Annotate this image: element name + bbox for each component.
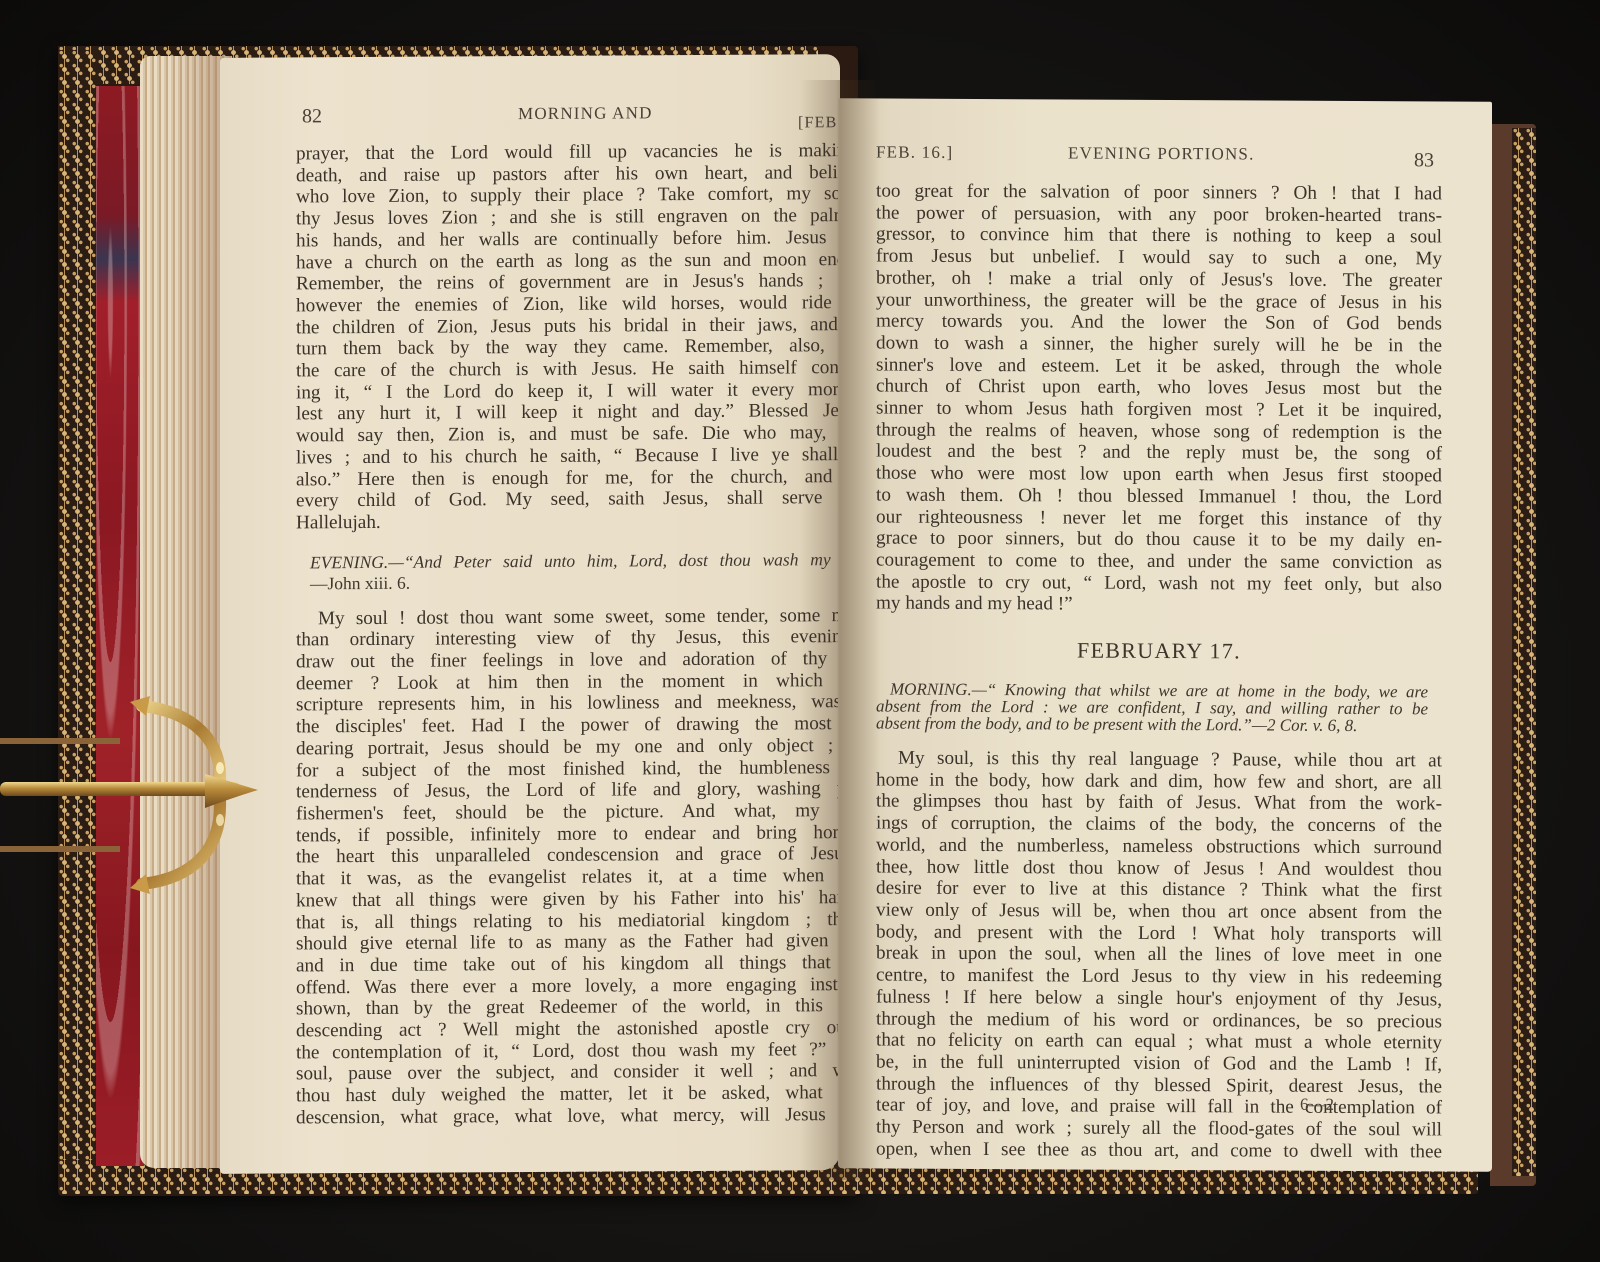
text-line: brother, oh ! make a trial only of Jesus…: [876, 267, 1442, 292]
text-line: knew that all things were given by his F…: [296, 887, 856, 912]
left-running-head: 82 MORNING AND [FEB.: [296, 98, 840, 131]
text-line: home in the body, how dark and dim, how …: [876, 769, 1442, 794]
running-date: [FEB.: [798, 114, 843, 132]
text-line: be, in the full uninterrupted vision of …: [876, 1051, 1442, 1076]
anchor-bookmark-icon: [0, 690, 260, 900]
text-line: our righteousness ! never let me forget …: [876, 506, 1442, 531]
text-line: body, and present with the Lord ! What h…: [876, 921, 1442, 946]
text-line: through the realms of heaven, whose song…: [876, 419, 1442, 444]
text-line: the glimpses thou hast by faith of Jesus…: [876, 791, 1442, 816]
right-body-text: too great for the salvation of poor sinn…: [876, 180, 1442, 617]
text-line: the power of persuasion, with any poor b…: [876, 202, 1442, 227]
text-line: through the medium of his word or ordina…: [876, 1008, 1442, 1033]
text-line: open, when I see thee as thou art, and c…: [876, 1138, 1442, 1163]
running-title: EVENING PORTIONS.: [1068, 143, 1255, 164]
text-line: my hands and my head !”: [876, 593, 1442, 618]
text-line: the apostle to cry out, “ Lord, wash not…: [876, 571, 1442, 596]
page-block-edges: [140, 56, 232, 1168]
text-line: mercy towards you. And the lower the Son…: [876, 311, 1442, 336]
text-line: grace to poor sinners, but do thou cause…: [876, 528, 1442, 553]
right-running-head: FEB. 16.] EVENING PORTIONS. 83: [876, 138, 1492, 171]
morning-epigraph: MORNING.—“ Knowing that whilst we are at…: [876, 681, 1428, 735]
evening-epigraph: EVENING.—“And Peter said unto him, Lord,…: [310, 549, 855, 594]
text-line: thou hast duly weighed the matter, let i…: [296, 1082, 856, 1107]
running-date: FEB. 16.]: [876, 142, 953, 162]
evening-body-text: My soul ! dost thou want some sweet, som…: [296, 605, 856, 1129]
text-line: My soul, is this thy real language ? Pau…: [876, 748, 1442, 773]
text-line: tear of joy, and love, and praise will f…: [876, 1095, 1442, 1120]
text-line: thy Jesus loves Zion ; and she is still …: [296, 205, 856, 230]
text-line: draw out the finer feelings in love and …: [296, 648, 856, 673]
text-line: from Jesus but unbelief. I would say to …: [876, 246, 1442, 271]
text-line: church of Christ upon earth, who loves J…: [876, 376, 1442, 401]
right-page: FEB. 16.] EVENING PORTIONS. 83 too great…: [838, 98, 1492, 1171]
text-line: couragement to come to thee, and under t…: [876, 549, 1442, 574]
text-line: your unworthiness, the greater will be t…: [876, 289, 1442, 314]
epigraph-line: EVENING.—“And Peter said unto him, Lord,…: [310, 549, 855, 573]
page-number: 83: [1414, 149, 1434, 172]
gilt-border-right: [1512, 128, 1536, 1176]
epigraph-line: absent from the body, and to be present …: [876, 715, 1428, 735]
text-line: dearing portrait, Jesus should be my one…: [296, 735, 856, 760]
text-line: the care of the church is with Jesus. He…: [296, 357, 856, 382]
text-line: desire for ever to live at this distance…: [876, 878, 1442, 903]
text-line: thy Person and work ; surely all the flo…: [876, 1117, 1442, 1142]
text-line: world, and the numberless, nameless obst…: [876, 834, 1442, 859]
text-line: descending act ? Well might the astonish…: [296, 1017, 856, 1042]
text-line: through the influences of thy blessed Sp…: [876, 1073, 1442, 1098]
text-line: his hands, and her walls are continually…: [296, 227, 856, 252]
text-line: too great for the salvation of poor sinn…: [876, 180, 1442, 205]
morning-body-text: My soul, is this thy real language ? Pau…: [876, 748, 1442, 1163]
text-line: Hallelujah.: [296, 509, 856, 534]
day-heading: FEBRUARY 17.: [876, 637, 1442, 666]
text-line: centre, to manifest the Lord Jesus to th…: [876, 965, 1442, 990]
text-line: thee, how little dost thou know of Jesus…: [876, 856, 1442, 881]
text-line: fishermen's feet, should be the picture.…: [296, 800, 856, 825]
page-number: 82: [302, 105, 322, 128]
gilt-border-left: [58, 50, 98, 1190]
text-line: and in due time take out of his kingdom …: [296, 952, 856, 977]
left-page: 82 MORNING AND [FEB. prayer, that the Lo…: [220, 54, 840, 1174]
marbled-endpaper: [96, 86, 144, 1166]
text-line: loudest and the best ? and the reply mus…: [876, 441, 1442, 466]
scripture-reference: —John xiii. 6.: [310, 570, 855, 594]
text-line: sinner to whom Jesus hath forgiven most …: [876, 398, 1442, 423]
text-line: to wash them. Oh ! thou blessed Immanuel…: [876, 484, 1442, 509]
book-photo: 82 MORNING AND [FEB. prayer, that the Lo…: [0, 0, 1600, 1262]
signature-mark: 6—2: [1300, 1095, 1334, 1115]
text-line: that it was, as the evangelist relates i…: [296, 865, 856, 890]
text-line: that no felicity on earth can equal ; wh…: [876, 1030, 1442, 1055]
text-line: view only of Jesus will be, when thou ar…: [876, 899, 1442, 924]
text-line: every child of God. My seed, saith Jesus…: [296, 487, 856, 512]
text-line: fulness ! If here below a single hour's …: [876, 986, 1442, 1011]
text-line: gressor, to convince him that there is n…: [876, 224, 1442, 249]
text-line: down to wash a sinner, the higher surely…: [876, 332, 1442, 357]
text-line: ings of corruption, the claims of the bo…: [876, 813, 1442, 838]
text-line: however the enemies of Zion, like wild h…: [296, 292, 856, 317]
text-line: descension, what grace, what love, what …: [296, 1104, 856, 1129]
text-line: lives ; and to his church he saith, “ Be…: [296, 444, 856, 469]
text-line: break in upon the soul, when all the lin…: [876, 943, 1442, 968]
left-body-text: prayer, that the Lord would fill up vaca…: [296, 140, 856, 534]
running-title: MORNING AND: [518, 103, 653, 124]
text-line: those who were most low upon earth when …: [876, 463, 1442, 488]
text-line: prayer, that the Lord would fill up vaca…: [296, 140, 856, 165]
text-line: sinner's love and esteem. Let it be aske…: [876, 354, 1442, 379]
